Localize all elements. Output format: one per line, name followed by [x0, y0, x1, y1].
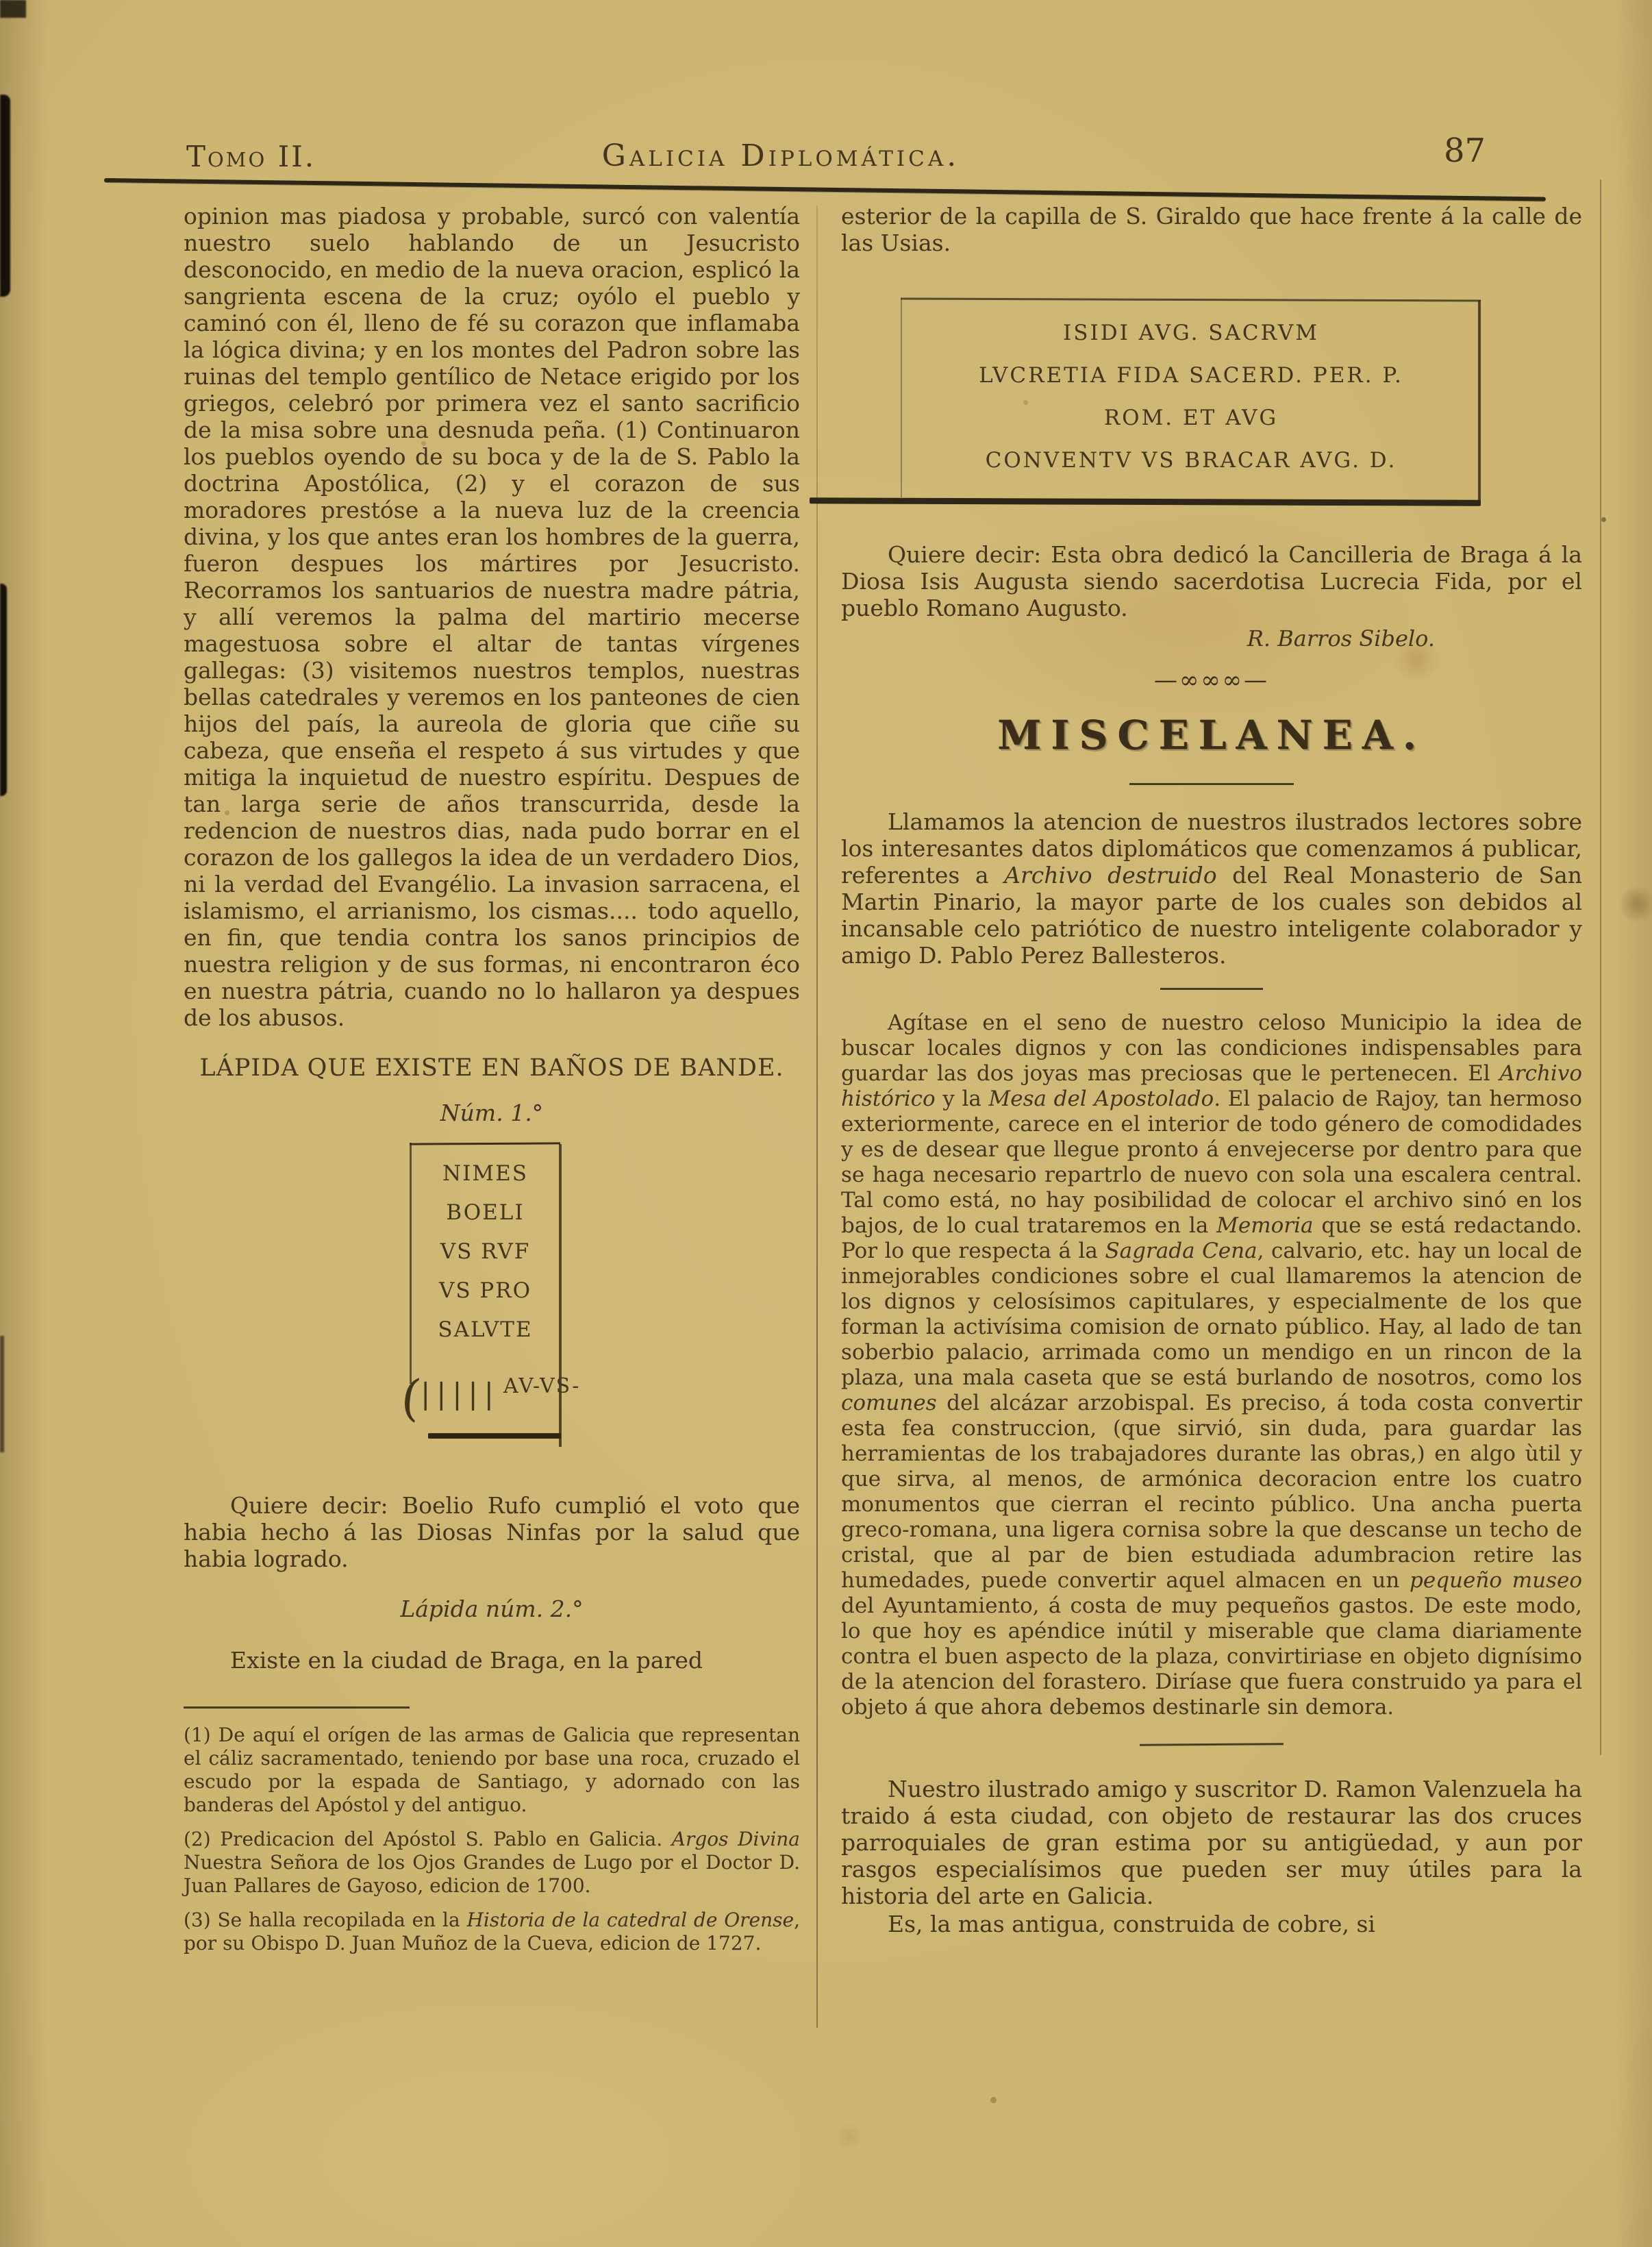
curve-glyph: (: [399, 1376, 423, 1419]
agitase-paragraph: Agítase en el seno de nuestro celoso Mun…: [841, 1010, 1582, 1720]
binding-mark: [0, 1336, 4, 1452]
binding-mark: [0, 584, 7, 796]
inscription-box-2-bottom-bar: [810, 497, 1481, 506]
footnote-rule: [184, 1706, 410, 1709]
right-column: esterior de la capilla de S. Giraldo que…: [841, 203, 1582, 1937]
inscription-box-1-bottom-bar: [428, 1433, 561, 1439]
author-signature: R. Barros Sibelo.: [841, 625, 1582, 651]
existe-paragraph: Existe en la ciudad de Braga, en la pare…: [184, 1647, 800, 1674]
page-title: Galicia Diplomática.: [473, 138, 1089, 173]
num-1-caption: Núm. 1.°: [184, 1100, 800, 1126]
left-column: opinion mas piadosa y probable, surcó co…: [184, 203, 800, 1966]
footnote-2: (2) Predicacion del Apóstol S. Pablo en …: [184, 1828, 800, 1898]
continuation-paragraph: opinion mas piadosa y probable, surcó co…: [184, 203, 800, 1031]
page-edge-line: [1600, 179, 1601, 1755]
translation-paragraph-1: Quiere decir: Boelio Rufo cumplió el vot…: [184, 1492, 800, 1572]
binding-mark: [0, 95, 10, 297]
paper-specks: [0, 0, 2, 2]
stroke-glyphs: |||||: [421, 1377, 500, 1411]
esterior-paragraph: esterior de la capilla de S. Giraldo que…: [841, 203, 1582, 256]
inscription-glyph-line: (||||| AV-VS-: [401, 1374, 579, 1418]
llamamos-paragraph: Llamamos la atencion de nuestros ilustra…: [841, 808, 1582, 969]
inscription-line: VS RVF: [412, 1241, 559, 1262]
page-number: 87: [1444, 132, 1486, 170]
header-rule: [104, 178, 1546, 201]
inscription-line: CONVENTV VS BRACAR AVG. D.: [903, 449, 1479, 471]
inscription-glyph-text: AV-VS-: [503, 1374, 581, 1398]
miscelanea-heading: MISCELANEA.: [841, 712, 1582, 758]
inscription-line: ROM. ET AVG: [903, 407, 1479, 429]
binding-mark: [0, 0, 26, 18]
translation-paragraph-2: Quiere decir: Esta obra dedicó la Cancil…: [841, 541, 1582, 621]
es-la-mas-paragraph: Es, la mas antigua, construida de cobre,…: [841, 1911, 1582, 1937]
inscription-box-2: ISIDI AVG. SACRVM LVCRETIA FIDA SACERD. …: [841, 299, 1582, 514]
scanned-newspaper-page: Tomo II. Galicia Diplomática. 87 opinion…: [0, 0, 1652, 2247]
inscription-box-1-top-border: [410, 1142, 560, 1145]
inscription-1-lines: NIMES BOELI VS RVF VS PRO SALVTE: [412, 1163, 559, 1358]
lapida-2-caption: Lápida núm. 2.°: [184, 1596, 800, 1622]
inscription-line: SALVTE: [412, 1319, 559, 1340]
inscription-line: LVCRETIA FIDA SACERD. PER. P.: [903, 364, 1479, 386]
inscription-line: BOELI: [412, 1202, 559, 1223]
inscription-box-1: NIMES BOELI VS RVF VS PRO SALVTE (||||| …: [184, 1143, 800, 1459]
inscription-line: NIMES: [412, 1163, 559, 1184]
section-rule: [1140, 1743, 1284, 1746]
inscription-box-2-top-border: [901, 298, 1481, 302]
lapida-heading: LÁPIDA QUE EXISTE EN BAÑOS DE BANDE.: [184, 1054, 800, 1082]
inscription-2-lines: ISIDI AVG. SACRVM LVCRETIA FIDA SACERD. …: [903, 322, 1479, 492]
column-divider-line: [816, 206, 818, 2028]
section-ornament: —∞∞∞—: [841, 667, 1582, 694]
footnote-1: (1) De aquí el orígen de las armas de Ga…: [184, 1724, 800, 1817]
inscription-box-2-left-border: [901, 299, 902, 497]
inscription-line: ISIDI AVG. SACRVM: [903, 322, 1479, 344]
section-rule: [1160, 988, 1263, 990]
volume-label: Tomo II.: [186, 140, 316, 173]
footnote-3: (3) Se halla recopilada en la Historia d…: [184, 1909, 800, 1955]
nuestro-paragraph: Nuestro ilustrado amigo y suscritor D. R…: [841, 1776, 1582, 1909]
inscription-line: VS PRO: [412, 1280, 559, 1301]
section-rule: [1129, 783, 1294, 785]
